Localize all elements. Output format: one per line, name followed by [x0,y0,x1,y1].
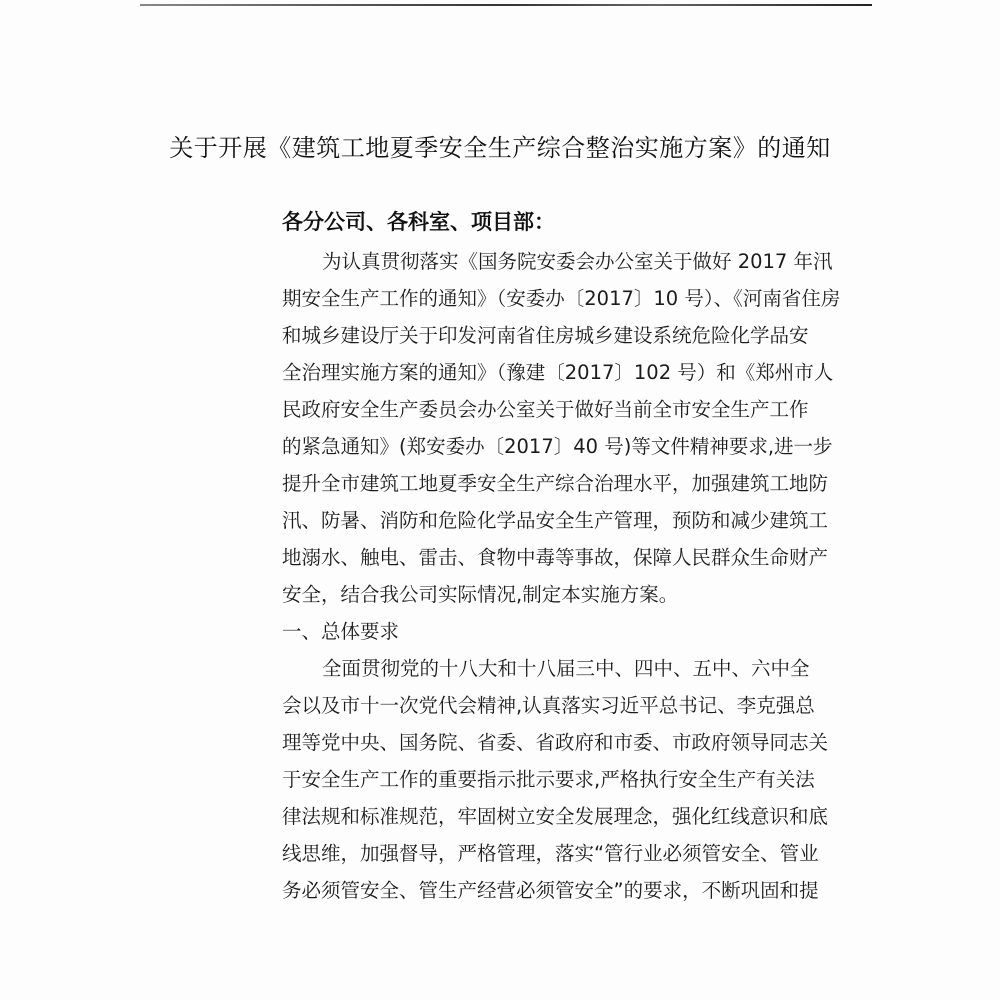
paragraph-1-line: 全治理实施方案的通知》（豫建〔2017〕102 号）和《郑州市人 [282,354,774,391]
document-body: 为认真贯彻落实《国务院安委会办公室关于做好 2017 年汛 期安全生产工作的通知… [282,243,774,909]
paragraph-2-line: 线思维，加强督导，严格管理，落实“管行业必须管安全、管业 [282,835,774,872]
paragraph-1-line: 汛、防暑、消防和危险化学品安全生产管理，预防和减少建筑工 [282,502,774,539]
paragraph-1-line: 民政府安全生产委员会办公室关于做好当前全市安全生产工作 [282,391,774,428]
paragraph-1-line: 提升全市建筑工地夏季安全生产综合治理水平，加强建筑工地防 [282,465,774,502]
paragraph-1-line: 安全，结合我公司实际情况,制定本实施方案。 [282,576,774,613]
paragraph-1-line: 期安全生产工作的通知》（安委办〔2017〕10 号）、《河南省住房 [282,280,774,317]
paragraph-2-line: 会以及市十一次党代会精神,认真落实习近平总书记、李克强总 [282,687,774,724]
paragraph-2-line: 务必须管安全、管生产经营必须管安全”的要求，不断巩固和提 [282,872,774,909]
salutation: 各分公司、各科室、项目部： [282,206,555,236]
paragraph-1-line: 的紧急通知》(郑安委办〔2017〕40 号)等文件精神要求,进一步 [282,428,774,465]
paragraph-2-line: 全面贯彻党的十八大和十八届三中、四中、五中、六中全 [282,650,774,687]
paragraph-1-line: 和城乡建设厅关于印发河南省住房城乡建设系统危险化学品安 [282,317,774,354]
paragraph-1-line: 为认真贯彻落实《国务院安委会办公室关于做好 2017 年汛 [282,243,774,280]
page-top-rule [140,4,872,6]
paragraph-2-line: 于安全生产工作的重要指示批示要求,严格执行安全生产有关法 [282,761,774,798]
section-heading: 一、总体要求 [282,613,774,650]
paragraph-1-line: 地溺水、触电、雷击、食物中毒等事故，保障人民群众生命财产 [282,539,774,576]
paragraph-2-line: 律法规和标准规范，牢固树立安全发展理念，强化红线意识和底 [282,798,774,835]
document-title: 关于开展《建筑工地夏季安全生产综合整治实施方案》的通知 [0,128,1000,163]
paragraph-2-line: 理等党中央、国务院、省委、省政府和市委、市政府领导同志关 [282,724,774,761]
